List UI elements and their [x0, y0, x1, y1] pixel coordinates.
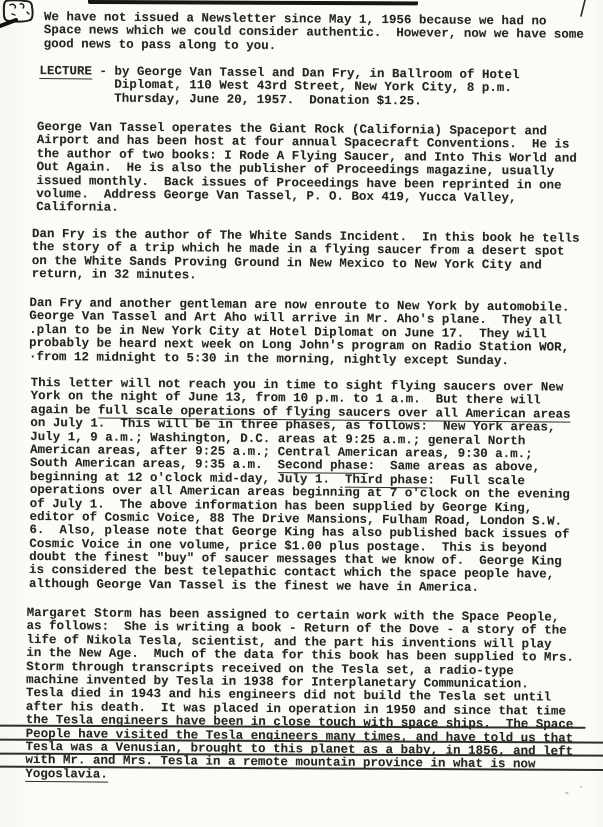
text-segment: Thursday, June 20, 1957. Donation $1.25. — [39, 91, 422, 108]
text-line: Thursday, June 20, 1957. Donation $1.25. — [39, 92, 519, 110]
paragraph-margaret-storm: Margaret Storm has been assigned to cert… — [25, 607, 574, 786]
paragraph-van-tassel: George Van Tassel operates the Giant Roc… — [36, 121, 577, 219]
paragraph-dan-fry-book: Dan Fry is the author of The White Sands… — [32, 228, 580, 286]
underlined-text: Yogoslavia. — [25, 767, 108, 783]
text-segment: ·from 12 midnight to 5:30 in the morning… — [29, 349, 509, 367]
page-body: We have not issued a Newsletter since Ma… — [0, 0, 603, 827]
text-segment: California. — [36, 200, 119, 215]
text-segment: good news to pass along to you. — [44, 37, 277, 53]
text-segment: again be — [30, 403, 98, 418]
scanned-newsletter-page: We have not issued a Newsletter since Ma… — [0, 0, 603, 827]
paragraph-operations: This letter will not reach you in time t… — [29, 377, 571, 596]
text-segment: although George Van Tassel is the finest… — [29, 577, 479, 595]
paragraph-enroute: Dan Fry and another gentleman are now en… — [29, 297, 570, 369]
paragraph-intro: We have not issued a Newsletter since Ma… — [44, 11, 584, 56]
text-line: ·from 12 midnight to 5:30 in the morning… — [29, 350, 569, 368]
text-segment: return, in 32 minutes. — [32, 267, 197, 282]
paragraph-lecture: LECTURE - by George Van Tassel and Dan F… — [39, 65, 519, 109]
